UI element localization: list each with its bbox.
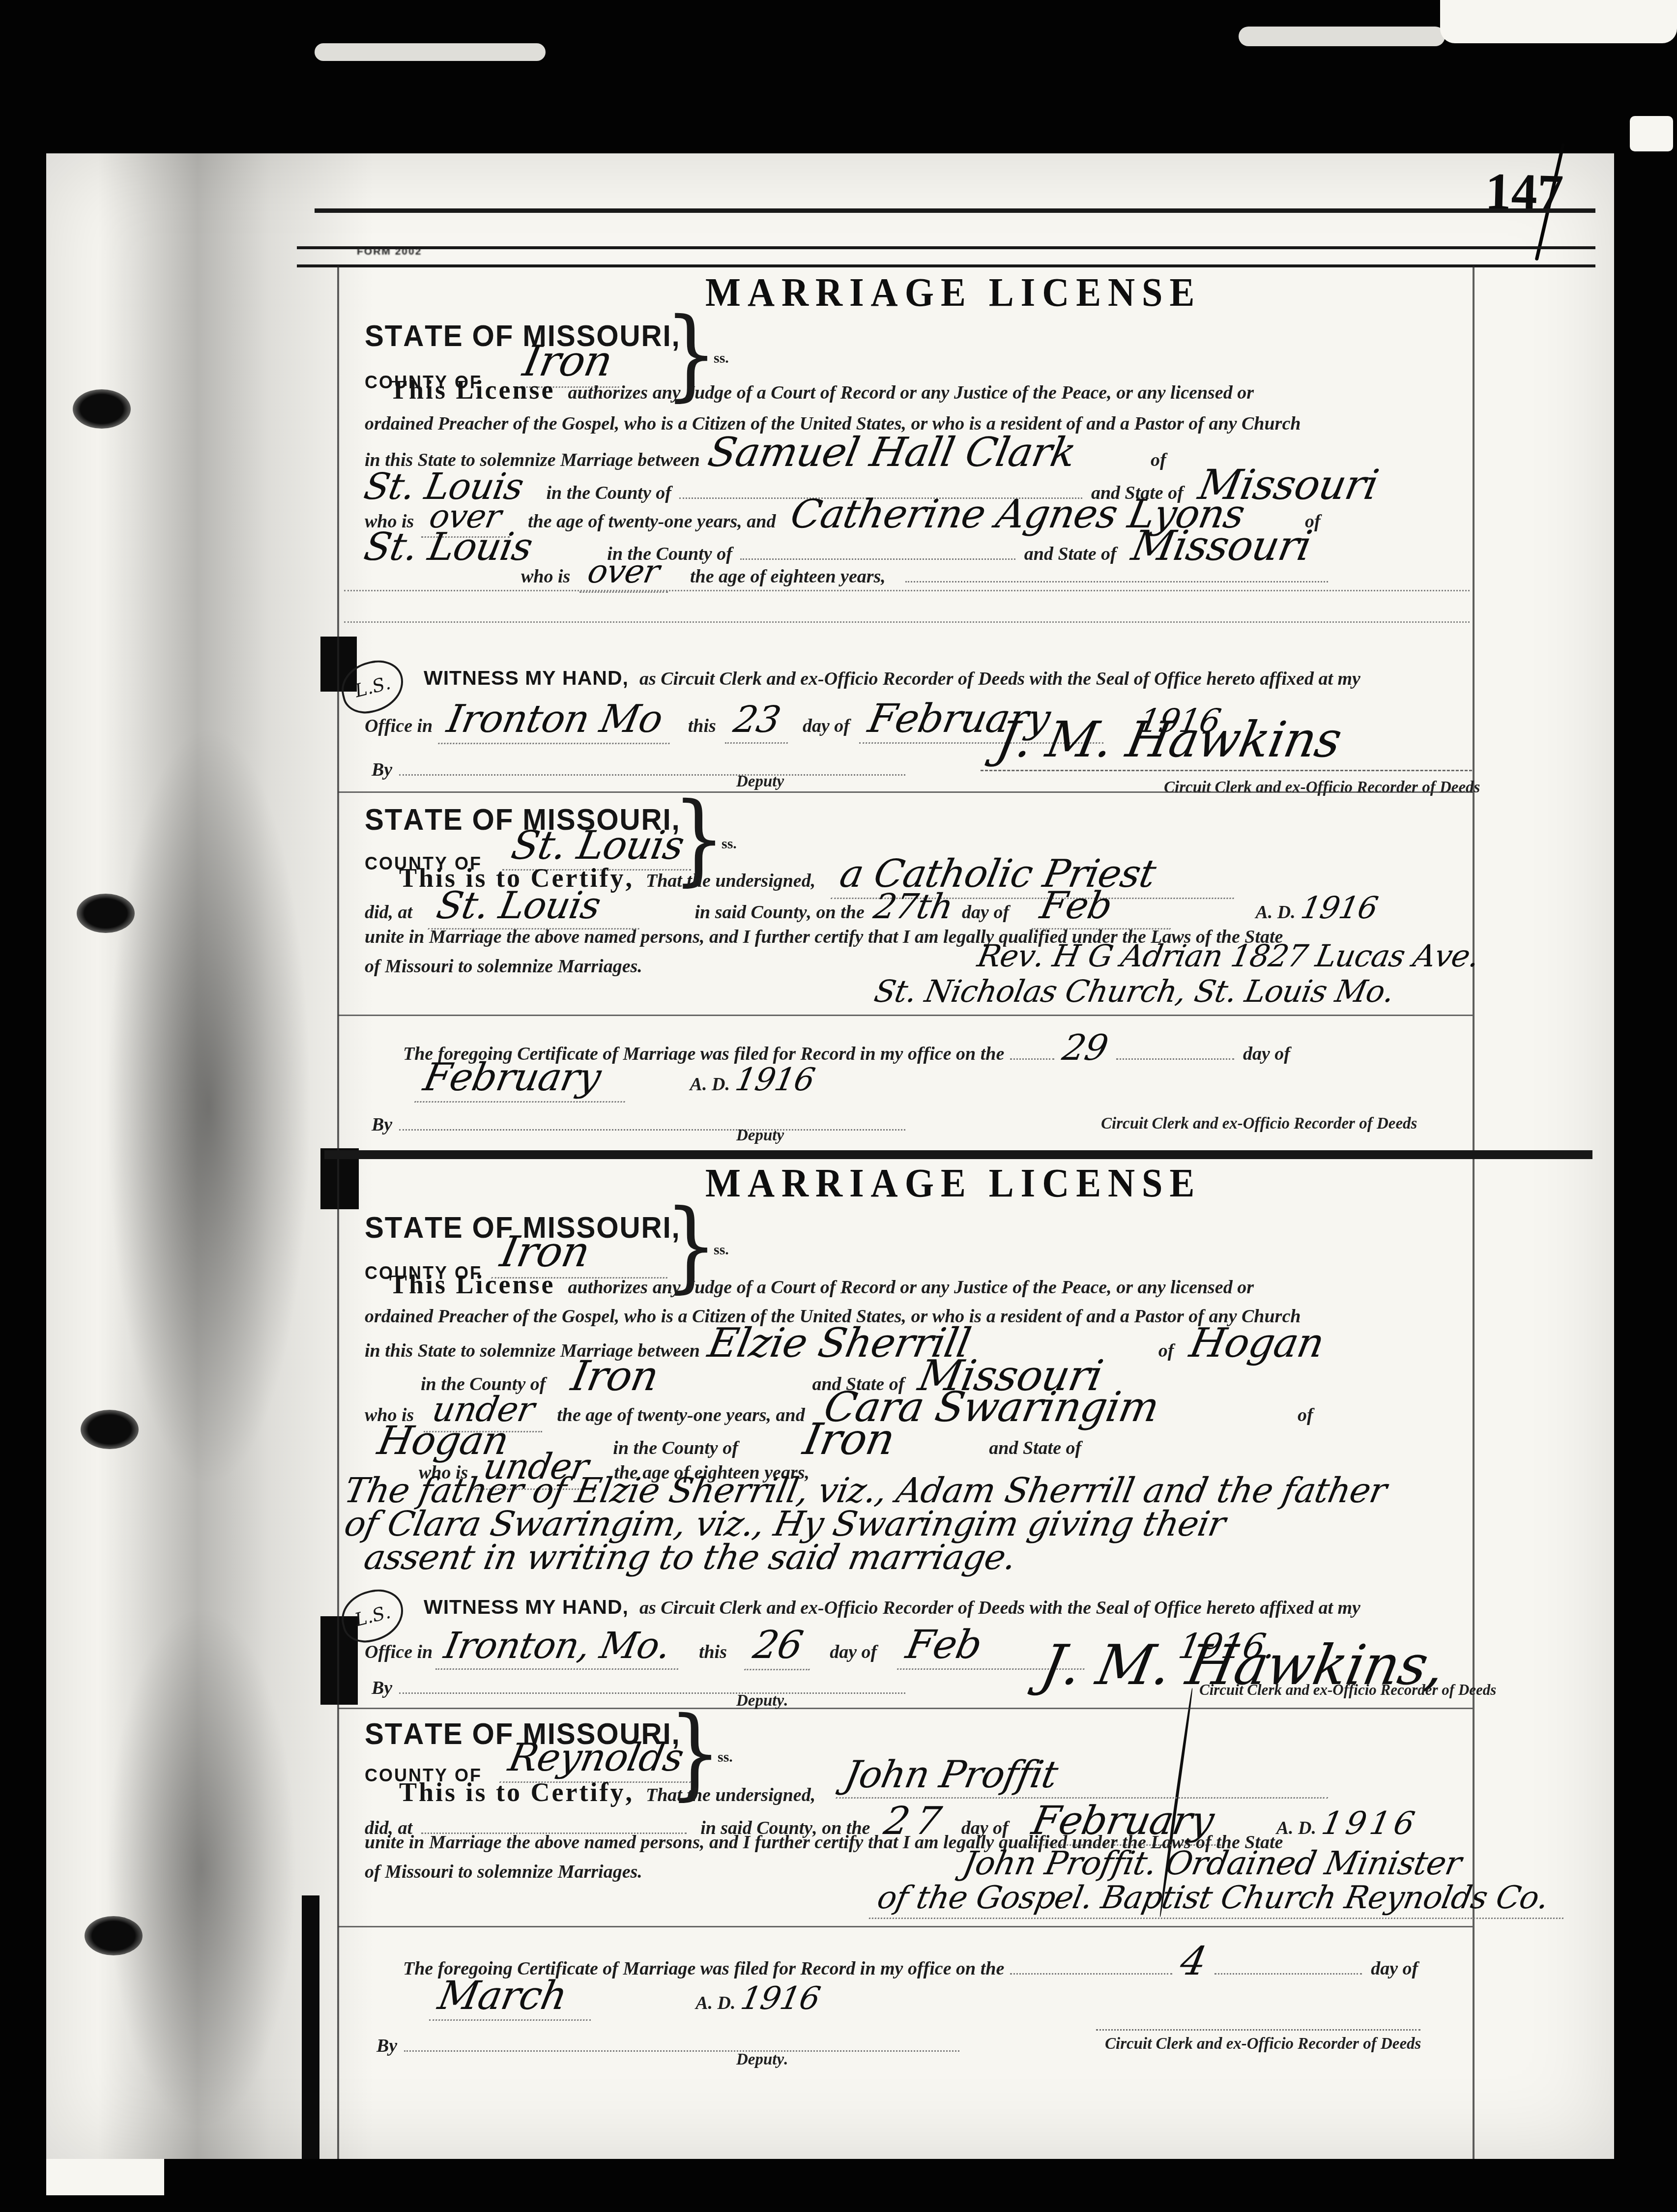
- filed-year: 1916: [732, 1064, 817, 1097]
- binding-shadow-blob: [103, 713, 315, 1499]
- license2-body-line1: This License authorizes any Judge of a C…: [389, 1269, 1254, 1300]
- license1-title: MARRIAGE LICENSE: [344, 269, 1563, 316]
- filed-month: March: [429, 1975, 600, 2021]
- punch-hole: [85, 1916, 143, 1955]
- license1-witness-line: WITNESS MY HAND, as Circuit Clerk and ex…: [424, 667, 1360, 690]
- filed-month: February: [414, 1058, 633, 1103]
- blank-fill: [1010, 1966, 1172, 1975]
- blank-rule: [344, 590, 1470, 591]
- ss-label: ss.: [714, 1242, 729, 1258]
- cert2-officiant-signature-line2: of the Gospel. Baptist Church Reynolds C…: [872, 1882, 1567, 1919]
- ls-seal-text: L.S.: [352, 672, 393, 701]
- filed2-month-line: March A. D. 1916: [434, 1975, 819, 2021]
- license1-body-line1: This License authorizes any Judge of a C…: [389, 375, 1254, 405]
- license2-assent-line3: assent in writing to the said marriage.: [365, 1540, 1015, 1576]
- license1-bride-age-line: who is over the age of eighteen years,: [521, 554, 1328, 593]
- blank-rule: [344, 621, 1470, 623]
- blank-fill: [404, 2043, 959, 2052]
- office-value: Ironton Mo: [438, 699, 678, 744]
- bride-residence: St. Louis: [361, 527, 535, 568]
- blank-fill: [399, 1122, 905, 1131]
- cert1-officiant-signature-line1: Rev. H G Adrian 1827 Lucas Ave.: [978, 940, 1478, 972]
- blank-fill: [1010, 1051, 1054, 1060]
- form-top-rule: [297, 246, 1595, 249]
- binding-shadow-blob: [103, 1598, 300, 2138]
- binding-bar: [302, 1895, 319, 2159]
- filed2-clerk-label: Circuit Clerk and ex-Officio Recorder of…: [1105, 2035, 1421, 2053]
- day-value: 23: [724, 701, 796, 744]
- blank-fill: [1214, 1966, 1362, 1975]
- license2-title: MARRIAGE LICENSE: [344, 1160, 1563, 1206]
- signature-rule: [981, 770, 1472, 771]
- punch-hole: [77, 894, 135, 933]
- ss-label: ss.: [722, 836, 737, 852]
- ss-label: ss.: [714, 350, 729, 367]
- license1-clerk-label: Circuit Clerk and ex-Officio Recorder of…: [1164, 779, 1480, 797]
- section-rule: [338, 1926, 1473, 1927]
- page-number: 147: [1484, 161, 1564, 223]
- filed-day: 4: [1177, 1941, 1210, 1982]
- blank-fill: [399, 1686, 905, 1694]
- filed1-deputy-label: Deputy: [736, 1127, 784, 1145]
- punch-hole: [81, 1410, 139, 1449]
- office-value: Ironton, Mo.: [435, 1627, 687, 1670]
- punch-hole: [73, 389, 131, 429]
- license2-by-line: By: [372, 1677, 905, 1699]
- blank-fill: [399, 767, 905, 776]
- section-rule: [338, 791, 1473, 793]
- groom-residence: Hogan: [1186, 1322, 1328, 1365]
- cert2-body-line2: of Missouri to solemnize Marriages.: [365, 1861, 642, 1883]
- scan-streak-right: [1239, 27, 1445, 46]
- scan-streak-left: [315, 43, 546, 61]
- cert1-body-line2: of Missouri to solemnize Marriages.: [365, 956, 642, 977]
- license1-by-line: By: [372, 759, 905, 781]
- day-value: 27th: [871, 889, 956, 925]
- bride-age: over: [579, 554, 675, 593]
- officiant-value: John Proffit: [836, 1755, 1336, 1799]
- license2-clerk-label: Circuit Clerk and ex-Officio Recorder of…: [1199, 1681, 1496, 1699]
- form-left-border: [337, 265, 339, 2159]
- filed1-month-line: February A. D. 1916: [419, 1058, 814, 1103]
- scanned-document-page: 147 FORM 2002 MARRIAGE LICENSE STATE OF …: [0, 0, 1677, 2212]
- blank-fill: [1116, 1051, 1234, 1060]
- ss-label: ss.: [718, 1749, 733, 1766]
- section-divider-band: [324, 1150, 1592, 1159]
- license2-witness-line: WITNESS MY HAND, as Circuit Clerk and ex…: [424, 1596, 1360, 1619]
- license1-clerk-signature: J. M. Hawkins: [998, 714, 1340, 765]
- scan-glare-corner: [1630, 116, 1673, 151]
- scan-glare-top-right: [1440, 0, 1677, 43]
- year-value: 1916: [1319, 1807, 1421, 1840]
- cert2-officiant-signature-line1: John Proffit. Ordained Minister: [963, 1846, 1461, 1880]
- form-code: FORM 2002: [357, 246, 422, 258]
- bride-county: Iron: [800, 1417, 898, 1462]
- form-right-border: [1473, 265, 1475, 2159]
- section-rule: [338, 1708, 1473, 1709]
- form-top-rule: [315, 208, 1595, 213]
- filed2-by-line: By: [376, 2035, 959, 2057]
- cert1-officiant-signature-line2: St. Nicholas Church, St. Louis Mo.: [875, 975, 1393, 1007]
- filed2-deputy-label: Deputy.: [736, 2051, 788, 2069]
- blank-fill: [905, 574, 1328, 582]
- month-value: Feb: [1031, 886, 1179, 930]
- filed1-by-line: By: [372, 1114, 905, 1135]
- license1-deputy-label: Deputy: [736, 773, 784, 791]
- place-value: St. Louis: [428, 886, 648, 930]
- paper-edge-sliver: [46, 2159, 164, 2195]
- signature-rule: [1096, 2029, 1420, 2031]
- filed-year: 1916: [738, 1982, 823, 2015]
- form-top-rule: [297, 264, 1595, 267]
- cert1-did-at-line: did, at St. Louis in said County, on the…: [365, 886, 1377, 930]
- filed1-clerk-label: Circuit Clerk and ex-Officio Recorder of…: [1101, 1115, 1417, 1133]
- day-value: 26: [744, 1626, 818, 1670]
- year-value: 1916: [1298, 892, 1380, 924]
- section-rule: [338, 1015, 1473, 1016]
- filed-day: 29: [1060, 1029, 1111, 1067]
